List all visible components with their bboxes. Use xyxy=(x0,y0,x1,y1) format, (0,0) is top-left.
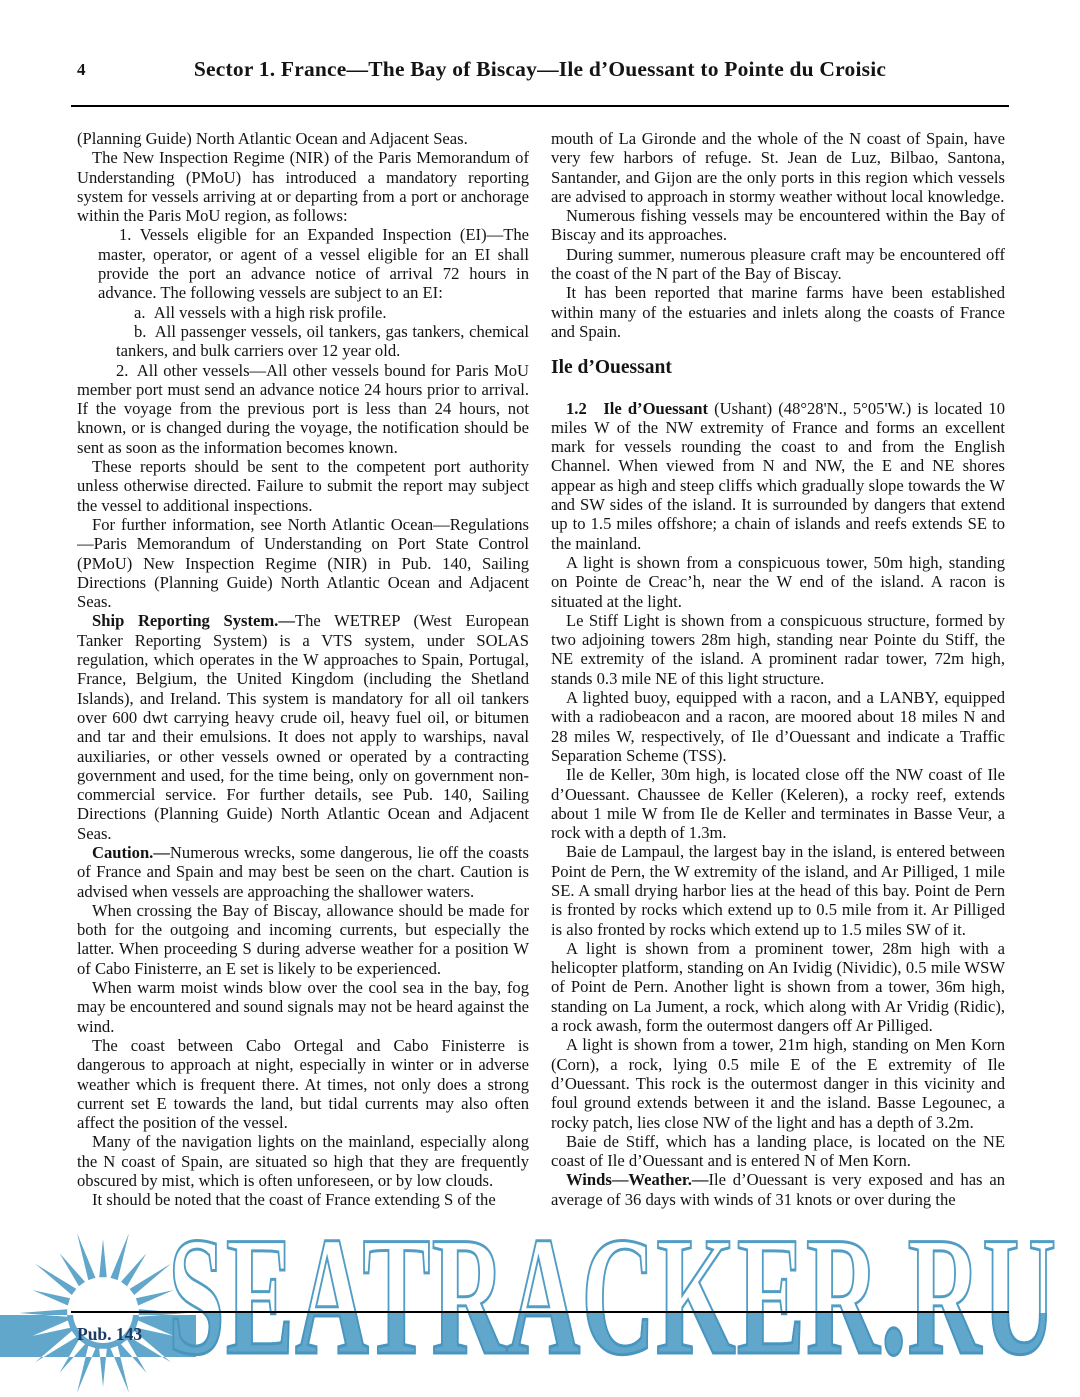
paragraph: The coast between Cabo Ortegal and Cabo … xyxy=(77,1036,529,1132)
paragraph: (Planning Guide) North Atlantic Ocean an… xyxy=(77,129,529,148)
paragraph: Ile de Keller, 30m high, is located clos… xyxy=(551,765,1005,842)
paragraph: Le Stiff Light is shown from a conspicuo… xyxy=(551,611,1005,688)
paragraph: During summer, numerous pleasure craft m… xyxy=(551,245,1005,284)
footer-rule xyxy=(71,1311,1009,1313)
publication-number: Pub. 143 xyxy=(77,1324,142,1345)
paragraph: When crossing the Bay of Biscay, allowan… xyxy=(77,901,529,978)
header-rule xyxy=(71,105,1009,107)
paragraph: Many of the navigation lights on the mai… xyxy=(77,1132,529,1190)
left-column: (Planning Guide) North Atlantic Ocean an… xyxy=(77,129,529,1309)
paragraph: When warm moist winds blow over the cool… xyxy=(77,978,529,1036)
paragraph: 1.2 Ile d’Ouessant (Ushant) (48°28'N., 5… xyxy=(551,399,1005,553)
paragraph: mouth of La Gironde and the whole of the… xyxy=(551,129,1005,206)
paragraph: Baie de Stiff, which has a landing place… xyxy=(551,1132,1005,1171)
right-column: mouth of La Gironde and the whole of the… xyxy=(551,129,1005,1309)
paragraph: Numerous fishing vessels may be encounte… xyxy=(551,206,1005,245)
paragraph: It has been reported that marine farms h… xyxy=(551,283,1005,341)
paragraph: A light is shown from a conspicuous towe… xyxy=(551,553,1005,611)
paragraph: Ship Reporting System.—The WETREP (West … xyxy=(77,611,529,843)
paragraph: b. All passenger vessels, oil tankers, g… xyxy=(116,322,529,361)
paragraph: These reports should be sent to the comp… xyxy=(77,457,529,515)
section-heading: Ile d’Ouessant xyxy=(551,358,1005,377)
paragraph: A light is shown from a tower, 21m high,… xyxy=(551,1035,1005,1131)
paragraph: A light is shown from a prominent tower,… xyxy=(551,939,1005,1035)
paragraph: Baie de Lampaul, the largest bay in the … xyxy=(551,842,1005,938)
paragraph: 1. Vessels eligible for an Expanded Insp… xyxy=(98,225,529,302)
paragraph: Caution.—Numerous wrecks, some dangerous… xyxy=(77,843,529,901)
paragraph: A lighted buoy, equipped with a racon, a… xyxy=(551,688,1005,765)
paragraph: The New Inspection Regime (NIR) of the P… xyxy=(77,148,529,225)
paragraph: a. All vessels with a high risk profile. xyxy=(116,303,529,322)
document-page: 4 Sector 1. France—The Bay of Biscay—Ile… xyxy=(0,0,1080,1397)
paragraph: 2. All other vessels—All other vessels b… xyxy=(77,361,529,457)
paragraph: For further information, see North Atlan… xyxy=(77,515,529,611)
page-title: Sector 1. France—The Bay of Biscay—Ile d… xyxy=(77,57,1003,82)
